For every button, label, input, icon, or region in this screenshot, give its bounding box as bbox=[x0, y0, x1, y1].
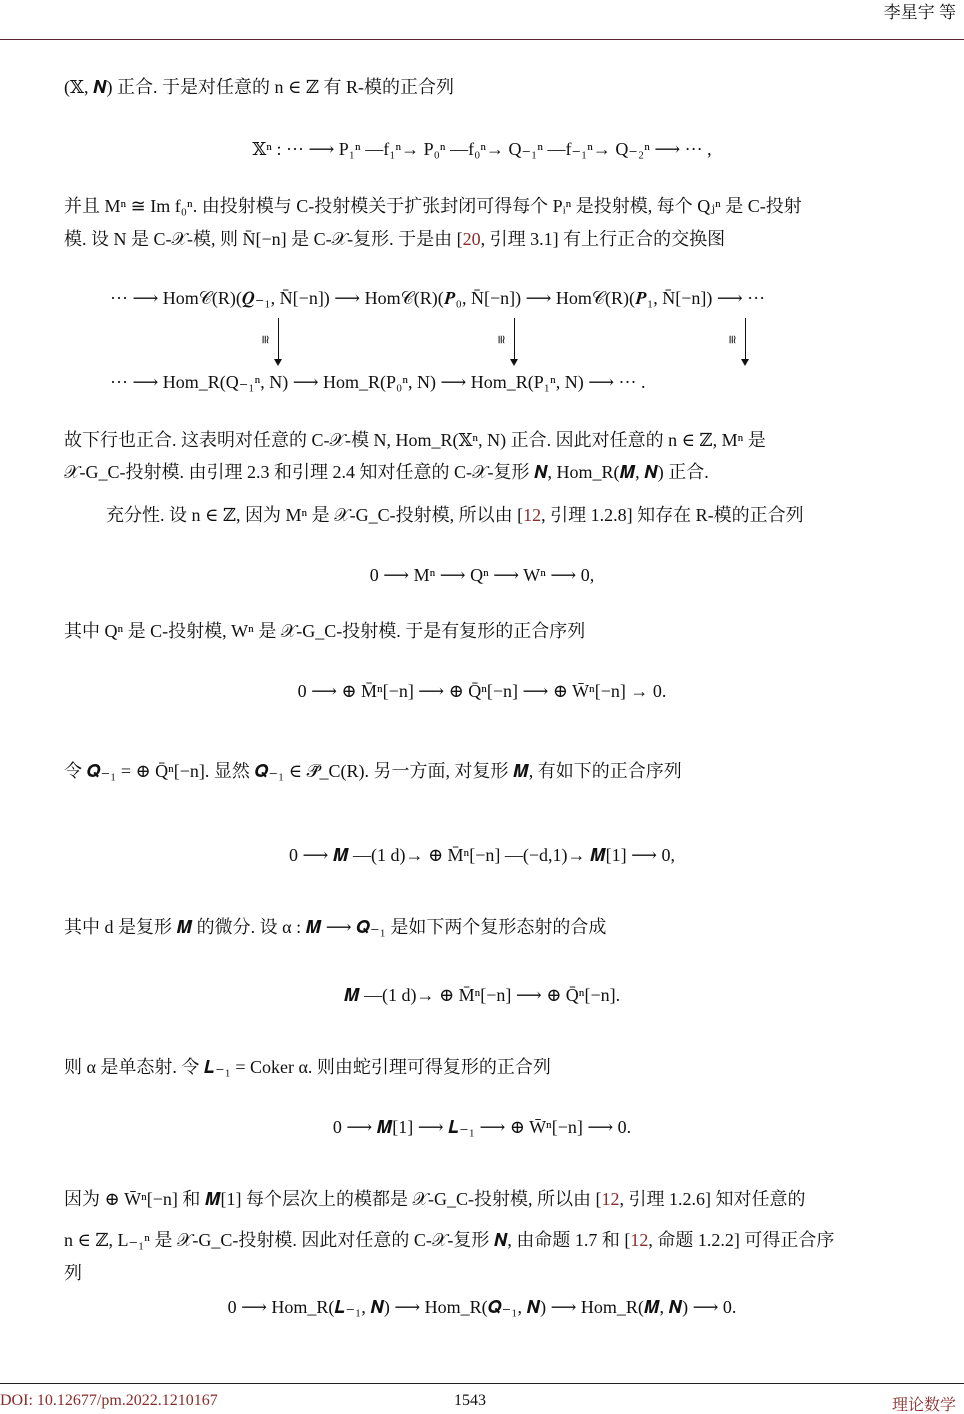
equation-5: 𝑴 —(1 d)→ ⊕ M̄ⁿ[−n] ⟶ ⊕ Q̄ⁿ[−n]. bbox=[0, 986, 964, 1004]
paragraph-3-line-2: 𝒳-G_C-投射模. 由引理 2.3 和引理 2.4 知对任意的 C-𝒳-复形 … bbox=[64, 463, 709, 481]
equation-7: 0 ⟶ Hom_R(𝑳₋₁, 𝑵) ⟶ Hom_R(𝑸₋₁, 𝑵) ⟶ Hom_… bbox=[0, 1298, 964, 1316]
iso-label: ≅ bbox=[725, 334, 740, 344]
text: , 引理 1.2.6] 知对任意的 bbox=[620, 1189, 806, 1209]
paragraph-9-line-1: 因为 ⊕ W̄ⁿ[−n] 和 𝑴[1] 每个层次上的模都是 𝒳-G_C-投射模,… bbox=[64, 1190, 806, 1208]
text: 充分性. 设 n ∈ ℤ, 因为 Mⁿ 是 𝒳-G_C-投射模, 所以由 [ bbox=[106, 505, 523, 525]
diagram-top-row: ··· ⟶ Hom𝒞(R)(𝑸₋₁, N̄[−n]) ⟶ Hom𝒞(R)(𝑷₀,… bbox=[110, 288, 765, 309]
text: , 命题 1.2.2] 可得正合序 bbox=[648, 1230, 834, 1250]
equation-1: 𝕏ⁿ : ··· ⟶ P₁ⁿ —f₁ⁿ→ P₀ⁿ —f₀ⁿ→ Q₋₁ⁿ —f₋₁… bbox=[0, 140, 964, 158]
paragraph-7: 其中 d 是复形 𝑴 的微分. 设 α : 𝑴 ⟶ 𝑸₋₁ 是如下两个复形态射的… bbox=[64, 918, 606, 936]
citation-link-12[interactable]: 12 bbox=[602, 1189, 620, 1209]
running-header-author: 李星宇 等 bbox=[884, 0, 956, 23]
equation-2: 0 ⟶ Mⁿ ⟶ Qⁿ ⟶ Wⁿ ⟶ 0, bbox=[0, 566, 964, 584]
paragraph-4: 充分性. 设 n ∈ ℤ, 因为 Mⁿ 是 𝒳-G_C-投射模, 所以由 [12… bbox=[106, 506, 804, 524]
down-arrow-icon bbox=[278, 318, 279, 364]
text: n ∈ ℤ, L₋₁ⁿ 是 𝒳-G_C-投射模. 因此对任意的 C-𝒳-复形 𝑵… bbox=[64, 1230, 630, 1250]
iso-label: ≅ bbox=[494, 334, 509, 344]
journal-name: 理论数学 bbox=[892, 1392, 956, 1414]
text: , 引理 1.2.8] 知存在 R-模的正合列 bbox=[541, 505, 804, 525]
paragraph-2-line-1: 并且 Mⁿ ≅ Im f₀ⁿ. 由投射模与 C-投射模关于扩张封闭可得每个 Pᵢ… bbox=[64, 197, 802, 215]
header-rule bbox=[0, 39, 964, 40]
commutative-diagram: ··· ⟶ Hom𝒞(R)(𝑸₋₁, N̄[−n]) ⟶ Hom𝒞(R)(𝑷₀,… bbox=[110, 286, 920, 396]
citation-link-20[interactable]: 20 bbox=[463, 229, 481, 249]
footer-rule bbox=[0, 1383, 964, 1384]
diagram-bottom-row: ··· ⟶ Hom_R(Q₋₁ⁿ, N) ⟶ Hom_R(P₀ⁿ, N) ⟶ H… bbox=[110, 372, 646, 393]
paragraph-9-line-2: n ∈ ℤ, L₋₁ⁿ 是 𝒳-G_C-投射模. 因此对任意的 C-𝒳-复形 𝑵… bbox=[64, 1231, 834, 1249]
page-number: 1543 bbox=[454, 1392, 486, 1410]
equation-3: 0 ⟶ ⊕ M̄ⁿ[−n] ⟶ ⊕ Q̄ⁿ[−n] ⟶ ⊕ W̄ⁿ[−n] → … bbox=[0, 682, 964, 700]
paragraph-8: 则 α 是单态射. 令 𝑳₋₁ = Coker α. 则由蛇引理可得复形的正合列 bbox=[64, 1058, 551, 1076]
text: 模. 设 N 是 C-𝒳-模, 则 N̄[−n] 是 C-𝒳-复形. 于是由 [ bbox=[64, 229, 463, 249]
text: 因为 ⊕ W̄ⁿ[−n] 和 𝑴[1] 每个层次上的模都是 𝒳-G_C-投射模,… bbox=[64, 1189, 602, 1209]
iso-label: ≅ bbox=[258, 334, 273, 344]
paragraph-3-line-1: 故下行也正合. 这表明对任意的 C-𝒳-模 N, Hom_R(𝕏ⁿ, N) 正合… bbox=[64, 431, 766, 449]
down-arrow-icon bbox=[745, 318, 746, 364]
equation-4: 0 ⟶ 𝑴 —(1 d)→ ⊕ M̄ⁿ[−n] —(−d,1)→ 𝑴[1] ⟶ … bbox=[0, 846, 964, 864]
down-arrow-icon bbox=[514, 318, 515, 364]
doi-link[interactable]: DOI: 10.12677/pm.2022.1210167 bbox=[0, 1392, 218, 1410]
equation-6: 0 ⟶ 𝑴[1] ⟶ 𝑳₋₁ ⟶ ⊕ W̄ⁿ[−n] ⟶ 0. bbox=[0, 1118, 964, 1136]
paragraph-1: (𝕏, 𝑵) 正合. 于是对任意的 n ∈ ℤ 有 R-模的正合列 bbox=[64, 78, 454, 96]
text: , 引理 3.1] 有上行正合的交换图 bbox=[481, 229, 726, 249]
citation-link-12[interactable]: 12 bbox=[630, 1230, 648, 1250]
paragraph-9-line-3: 列 bbox=[64, 1264, 82, 1282]
paragraph-6: 令 𝑸₋₁ = ⊕ Q̄ⁿ[−n]. 显然 𝑸₋₁ ∈ 𝒫̃_C(R). 另一方… bbox=[64, 762, 682, 780]
citation-link-12[interactable]: 12 bbox=[523, 505, 541, 525]
paragraph-5: 其中 Qⁿ 是 C-投射模, Wⁿ 是 𝒳-G_C-投射模. 于是有复形的正合序… bbox=[64, 622, 585, 640]
paragraph-2-line-2: 模. 设 N 是 C-𝒳-模, 则 N̄[−n] 是 C-𝒳-复形. 于是由 [… bbox=[64, 230, 725, 248]
